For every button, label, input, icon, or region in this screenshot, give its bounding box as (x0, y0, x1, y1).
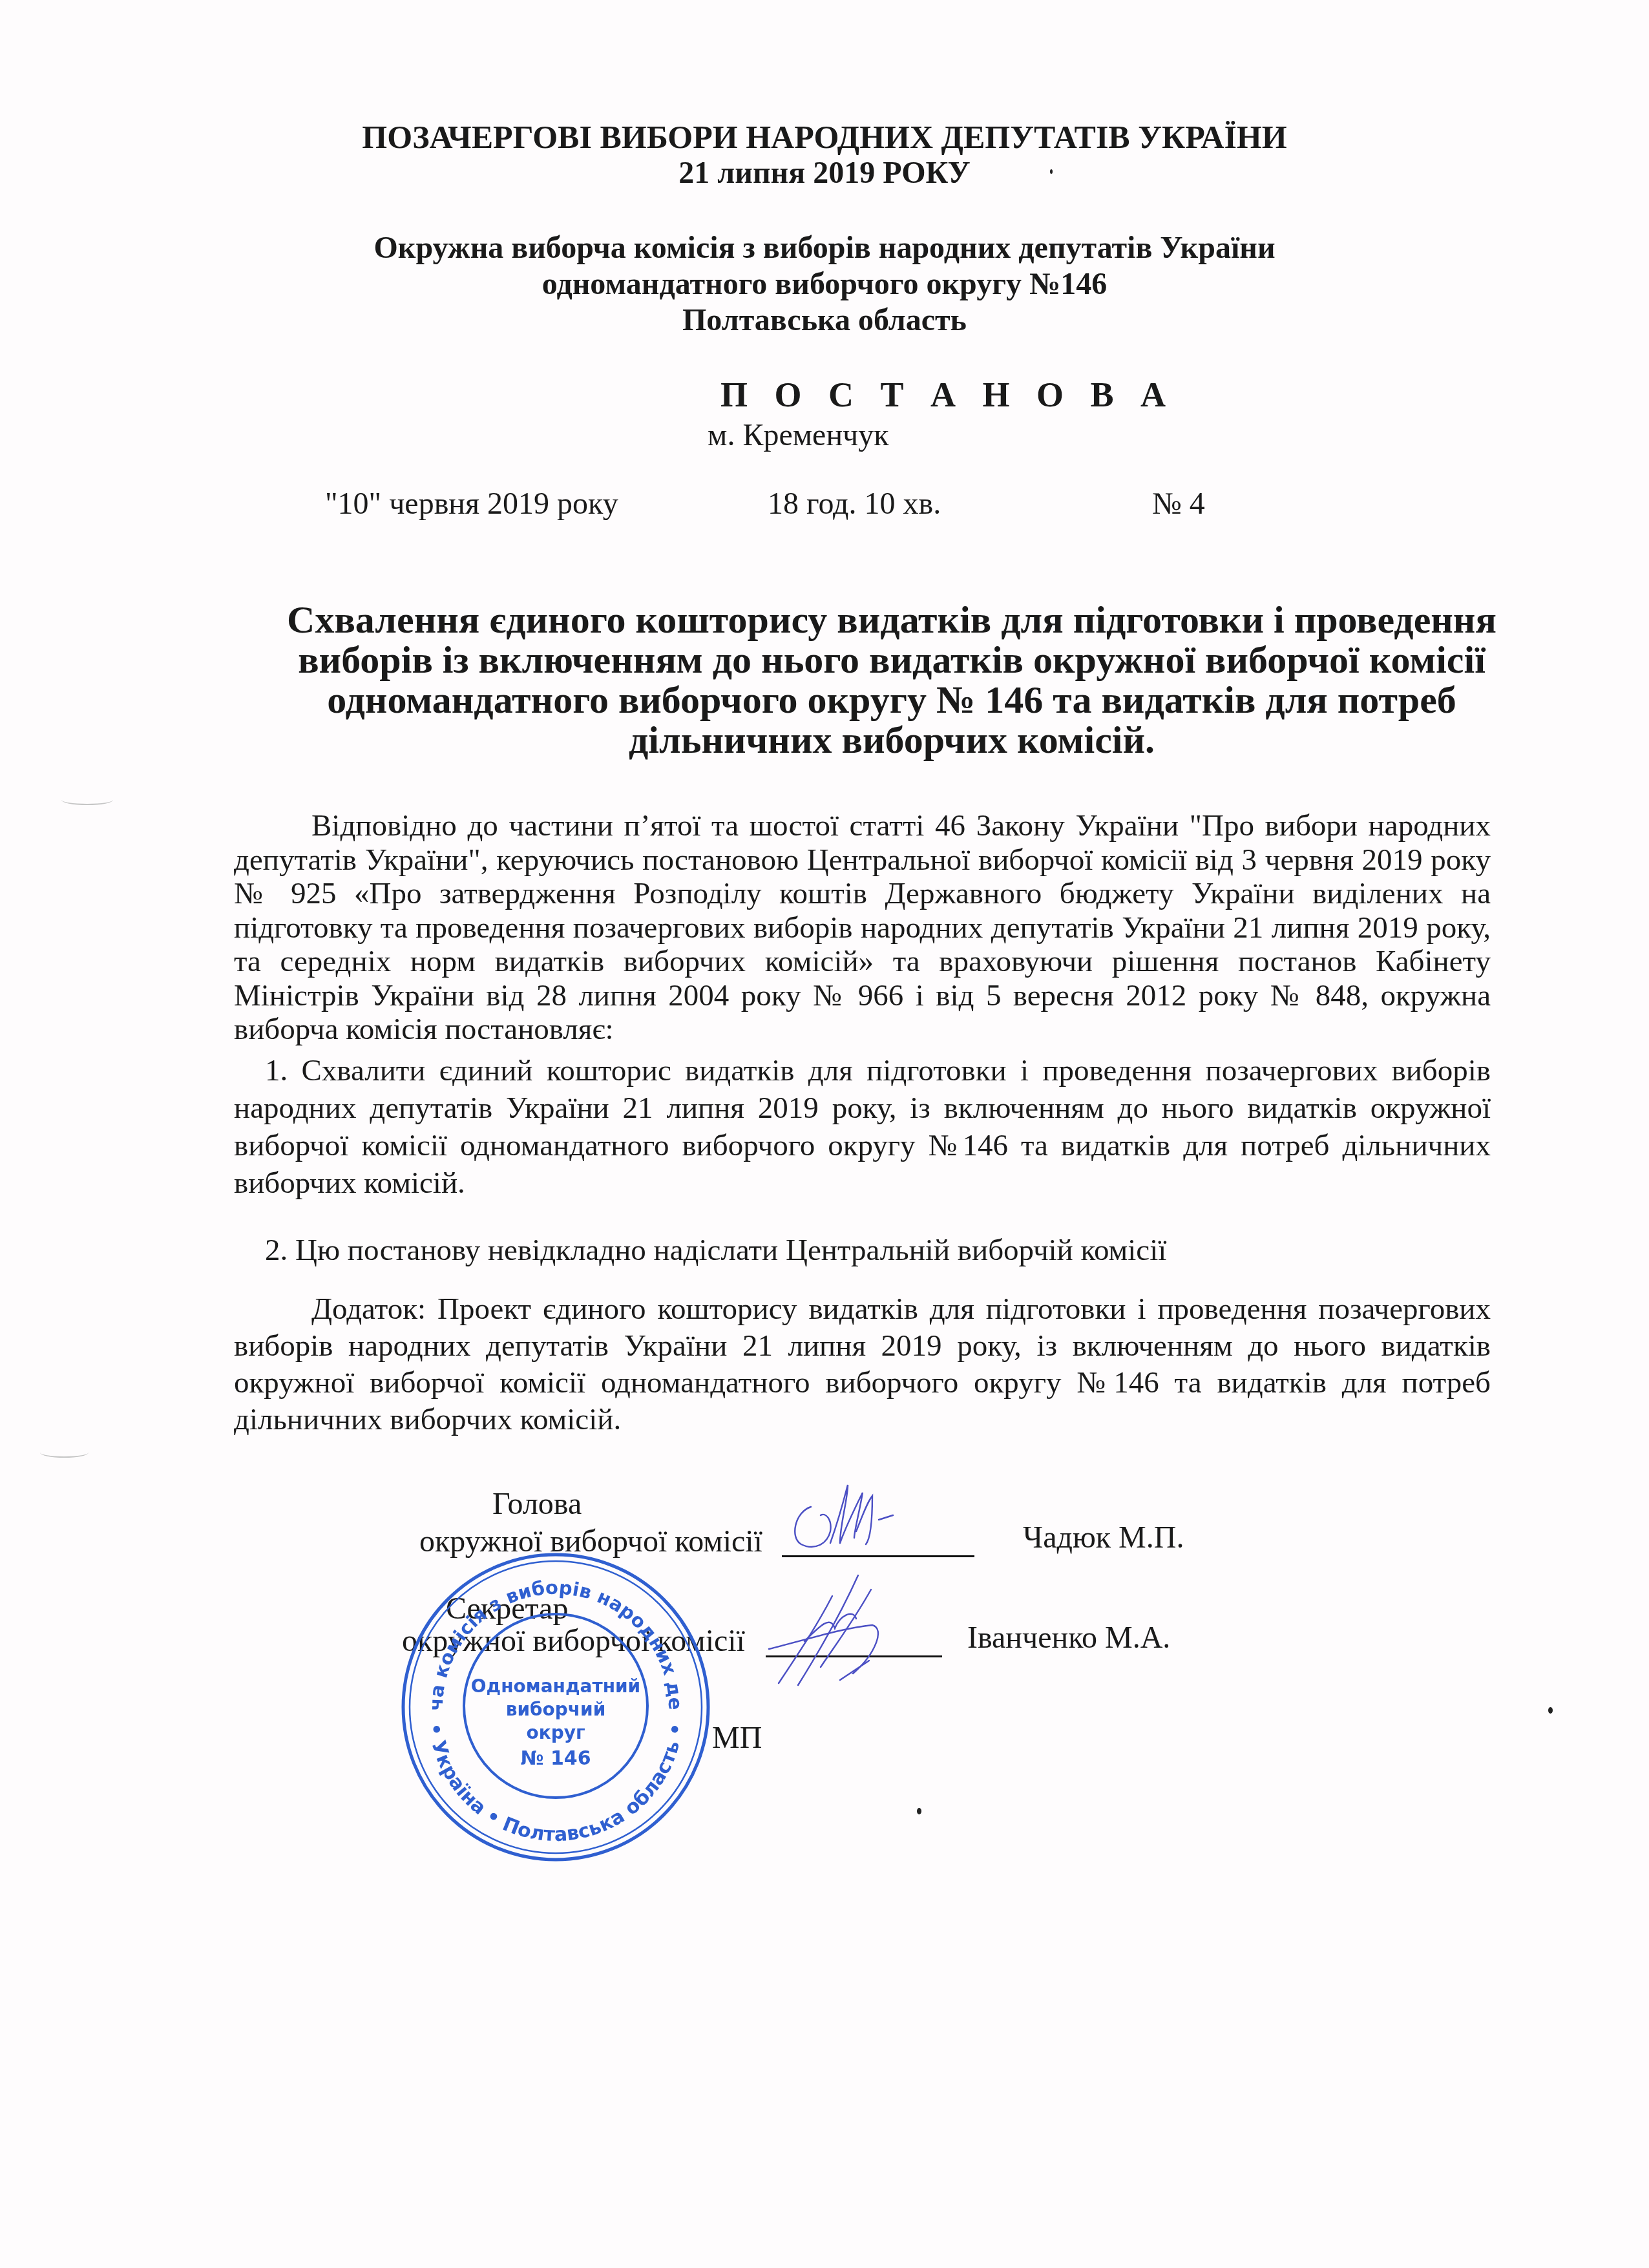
commission-line-3: Полтавська область (0, 302, 1649, 339)
title-line: дільничних виборчих комісій. (284, 720, 1499, 760)
scan-dot (1050, 169, 1053, 174)
scan-dot (1548, 1707, 1553, 1714)
scan-dot (917, 1808, 921, 1814)
scan-artifact (40, 1447, 89, 1458)
official-stamp: Окружна виборча комісія з виборів народн… (397, 1549, 714, 1865)
document-number: № 4 (1152, 486, 1205, 521)
stamp-center-line: округ (526, 1722, 585, 1743)
election-date: 21 липня 2019 РОКУ (0, 155, 1649, 191)
document-date: "10" червня 2019 року (325, 486, 618, 521)
chair-title: Голова (492, 1486, 582, 1522)
commission-line-2: одномандатного виборчого округу №146 (0, 266, 1649, 302)
scan-artifact (61, 795, 113, 805)
title-line: Схвалення єдиного кошторису видатків для… (284, 600, 1499, 640)
stamp-center-line: виборчий (506, 1699, 606, 1720)
chair-signature (775, 1480, 982, 1557)
document-type: П О С Т А Н О В А (720, 375, 1175, 415)
title-line: одномандатного виборчого округу № 146 та… (284, 680, 1499, 720)
seal-label: МП (712, 1720, 762, 1756)
stamp-center-line: № 146 (520, 1747, 591, 1770)
title-line: виборів із включенням до нього видатків … (284, 640, 1499, 680)
document-title: Схвалення єдиного кошторису видатків для… (284, 600, 1499, 760)
secretary-name: Іванченко М.А. (967, 1620, 1170, 1655)
secretary-signature (762, 1570, 943, 1686)
resolution-item-2: 2. Цю постанову невідкладно надіслати Це… (234, 1232, 1491, 1269)
resolution-item-1: 1. Схвалити єдиний кошторис видатків для… (234, 1052, 1491, 1202)
document-time: 18 год. 10 хв. (768, 486, 941, 521)
appendix-paragraph: Додаток: Проект єдиного кошторису видатк… (234, 1291, 1491, 1438)
preamble-paragraph: Відповідно до частини п’ятої та шостої с… (234, 809, 1491, 1047)
commission-line-1: Окружна виборча комісія з виборів народн… (0, 230, 1649, 266)
stamp-center-line: Одномандатний (471, 1675, 640, 1697)
document-city: м. Кременчук (708, 417, 889, 453)
chair-name: Чадюк М.П. (1023, 1520, 1184, 1555)
election-title: ПОЗАЧЕРГОВІ ВИБОРИ НАРОДНИХ ДЕПУТАТІВ УК… (0, 119, 1649, 155)
